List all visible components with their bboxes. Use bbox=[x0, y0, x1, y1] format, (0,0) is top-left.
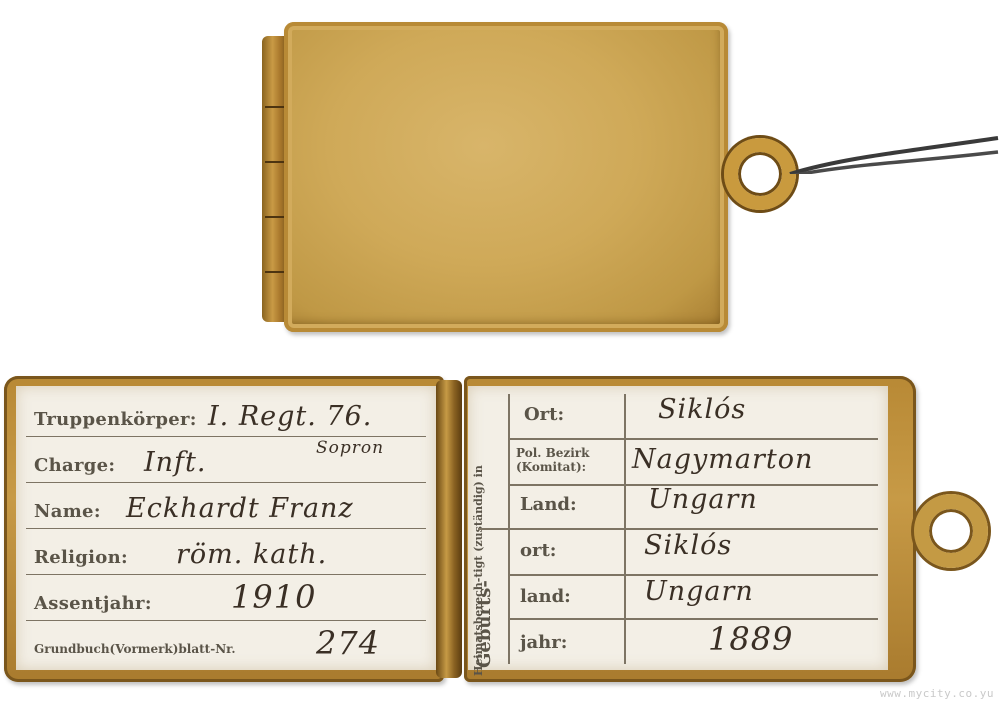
row-charge: Charge: Inft. Sopron bbox=[26, 436, 426, 483]
row-religion: Religion: röm. kath. bbox=[26, 528, 426, 575]
value-charge: Inft. bbox=[144, 447, 206, 478]
capsule-lid bbox=[284, 22, 728, 332]
watermark: www.mycity.co.yu bbox=[880, 687, 994, 700]
label-charge: Charge: bbox=[34, 455, 115, 476]
label-geburt-ort: ort: bbox=[520, 540, 556, 561]
capsule-spine bbox=[436, 380, 462, 678]
value-geburt-jahr: 1889 bbox=[708, 620, 793, 658]
label-ort: Ort: bbox=[524, 404, 564, 425]
label-truppenkoerper: Truppenkörper: bbox=[34, 409, 197, 430]
value-geburt-land: Ungarn bbox=[644, 576, 754, 607]
label-grundbuchblatt: Grundbuch(Vormerk)blatt-Nr. bbox=[34, 642, 236, 656]
label-land: Land: bbox=[520, 494, 577, 515]
open-capsule: Truppenkörper: I. Regt. 76. Charge: Inft… bbox=[4, 376, 904, 682]
value-ort: Siklós bbox=[658, 394, 746, 425]
capsule-ring-icon bbox=[914, 494, 988, 568]
value-geburt-ort: Siklós bbox=[644, 530, 732, 561]
row-name: Name: Eckhardt Franz bbox=[26, 482, 426, 529]
cord-icon bbox=[782, 134, 1000, 174]
row-truppenkoerper: Truppenkörper: I. Regt. 76. bbox=[26, 390, 426, 437]
id-card-right-page: Heimatsberech-tigt (zuständig) in Geburt… bbox=[468, 386, 888, 670]
id-card-left-page: Truppenkörper: I. Regt. 76. Charge: Inft… bbox=[16, 386, 436, 670]
label-name: Name: bbox=[34, 501, 101, 522]
section-geburt-label: Geburts- bbox=[474, 580, 495, 668]
closed-capsule bbox=[262, 22, 728, 332]
label-geburt-jahr: jahr: bbox=[520, 632, 567, 653]
label-assentjahr: Assentjahr: bbox=[34, 593, 152, 614]
value-name: Eckhardt Franz bbox=[126, 493, 354, 524]
label-geburt-land: land: bbox=[520, 586, 571, 607]
value-religion: röm. kath. bbox=[176, 539, 327, 570]
value-truppenkoerper: I. Regt. 76. bbox=[208, 401, 372, 432]
value-assentjahr: 1910 bbox=[231, 578, 316, 616]
value-grundbuchblatt: 274 bbox=[316, 624, 380, 662]
row-assentjahr: Assentjahr: 1910 bbox=[26, 574, 426, 621]
value-truppenkoerper-note: Sopron bbox=[316, 438, 384, 458]
label-pol-bezirk: Pol. Bezirk (Komitat): bbox=[516, 446, 621, 474]
row-grundbuchblatt: Grundbuch(Vormerk)blatt-Nr. 274 bbox=[26, 620, 426, 666]
label-religion: Religion: bbox=[34, 547, 128, 568]
value-land: Ungarn bbox=[648, 484, 758, 515]
value-pol-bezirk: Nagymarton bbox=[632, 444, 813, 475]
